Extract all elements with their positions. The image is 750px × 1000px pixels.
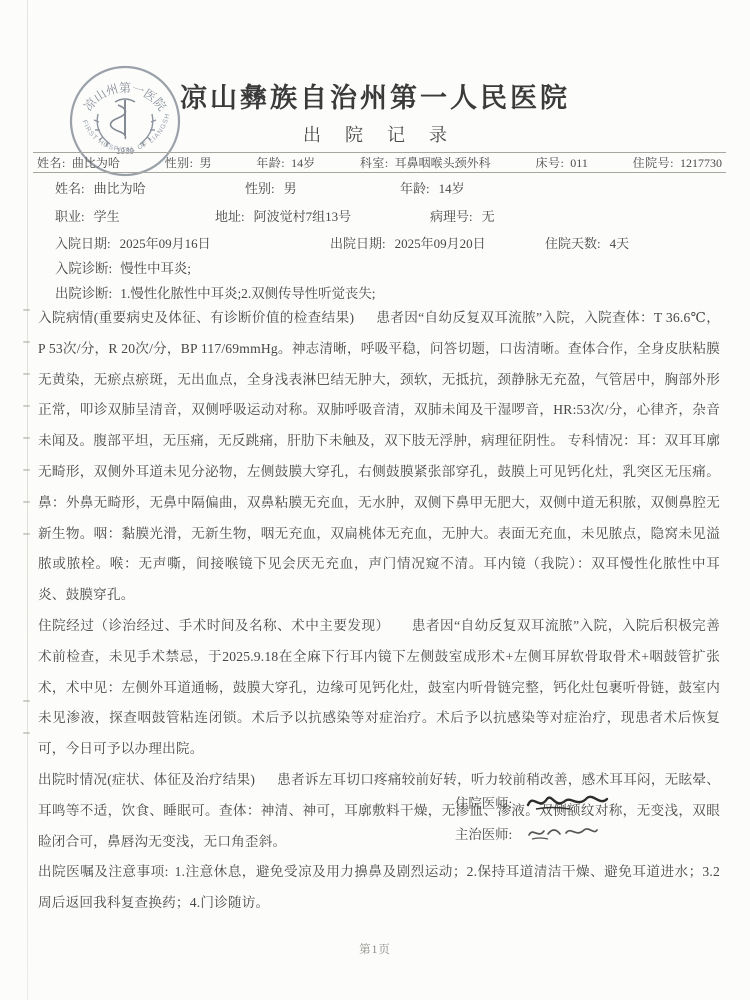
- strip-bed-number: 床号:011: [535, 154, 587, 171]
- strip-sex: 性别:男: [165, 154, 212, 171]
- field-name: 姓名:曲比为哈: [55, 178, 146, 197]
- field-sex: 性别:男: [245, 178, 297, 197]
- field-hospital-days: 住院天数:4天: [545, 233, 629, 252]
- section-admission-condition: 入院病情(重要病史及体征、有诊断价值的检查结果)患者因“自幼反复双耳流脓”入院，…: [38, 303, 720, 611]
- scan-artifact: [23, 501, 30, 503]
- strip-age: 年龄:14岁: [256, 154, 315, 171]
- field-discharge-date: 出院日期:2025年09月20日: [330, 233, 486, 252]
- resident-signature: [524, 790, 610, 814]
- discharge-record-page: 凉山州第一医院 THE FIRST HOSPITAL OF LIANGSHAN …: [0, 0, 750, 1000]
- scan-artifact: [23, 469, 30, 471]
- field-admission-date: 入院日期:2025年09月16日: [55, 233, 211, 252]
- record-body: 入院病情(重要病史及体征、有诊断价值的检查结果)患者因“自幼反复双耳流脓”入院，…: [38, 303, 720, 919]
- section-hospital-course: 住院经过（诊治经过、手术时间及名称、术中主要发现）患者因“自幼反复双耳流脓”入院…: [38, 611, 720, 765]
- attending-signature: [524, 822, 600, 844]
- scan-artifact: [23, 341, 30, 343]
- strip-name: 姓名:曲比为哈: [37, 154, 120, 171]
- hospital-name: 凉山彝族自治州第一人民医院: [0, 76, 750, 115]
- resident-physician-label: 住院医师:: [455, 793, 512, 812]
- resident-physician-row: 住院医师:: [455, 790, 610, 814]
- page-number: 第1页: [0, 941, 750, 957]
- section-discharge-instructions: 出院医嘱及注意事项:1.注意休息，避免受凉及用力擤鼻及剧烈运动；2.保持耳道清洁…: [38, 857, 720, 919]
- discharge-diagnosis: 出院诊断:1.慢性化脓性中耳炎;2.双侧传导性听觉丧失;: [55, 283, 375, 302]
- scan-artifact: [23, 373, 30, 375]
- scan-artifact: [23, 309, 30, 311]
- field-occupation: 职业:学生: [55, 206, 120, 225]
- scan-artifact: [23, 732, 30, 734]
- attending-physician-label: 主治医师:: [455, 824, 512, 843]
- scan-artifact: [23, 700, 30, 702]
- strip-department: 科室:耳鼻咽喉头颈外科: [360, 154, 491, 171]
- scan-artifact: [23, 437, 30, 439]
- strip-admission-number: 住院号:1217730: [633, 154, 722, 171]
- section-discharge-condition: 出院时情况(症状、体征及治疗结果)患者诉左耳切口疼痛较前好转，听力较前稍改善，感…: [38, 765, 720, 857]
- patient-info-strip: 姓名:曲比为哈 性别:男 年龄:14岁 科室:耳鼻咽喉头颈外科 床号:011 住…: [33, 152, 726, 173]
- scan-artifact: [23, 405, 30, 407]
- field-age: 年龄:14岁: [400, 178, 465, 197]
- field-pathology-number: 病理号:无: [430, 206, 495, 225]
- field-address: 地址:阿波觉村7组13号: [215, 206, 351, 225]
- scan-edge-line: [27, 0, 28, 1000]
- document-title: 出院记录: [0, 121, 750, 147]
- admission-diagnosis: 入院诊断:慢性中耳炎;: [55, 258, 191, 277]
- scan-artifact: [23, 533, 30, 535]
- attending-physician-row: 主治医师:: [455, 822, 600, 844]
